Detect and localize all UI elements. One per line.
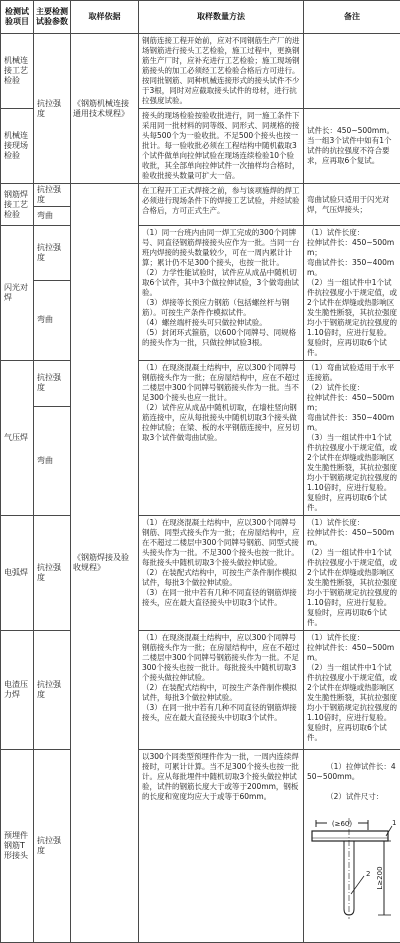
param-cell: 抗拉强度: [34, 184, 71, 207]
param-cell: 弯曲: [34, 406, 71, 515]
plate-label: 1: [392, 819, 396, 827]
method-cell: （1）在现浇混凝土结构中，应以300个同牌号钢筋接头作为一批；在房屋结构中，应在…: [139, 631, 304, 750]
note-cell: （1）试件长度： 拉伸试件长：450~500mm。 （2）当一组试件中1个试件抗…: [304, 516, 400, 631]
note-line: （1）拉伸试件长：450~500mm。: [307, 762, 396, 781]
param-cell: 抗拉强度: [34, 361, 71, 407]
note-cell: 试件长：450~500mm。当一组3个试件中如有1个试件的抗拉强度不符合要求，应…: [304, 109, 400, 184]
note-line: （2）试件尺寸：: [326, 792, 383, 801]
rebar-label: 2: [366, 870, 370, 878]
item-cell-gas-pressure-weld: 气压焊: [1, 361, 34, 516]
method-cell: 钢筋连接工程开始前，应对不同钢筋生产厂的进场钢筋进行接头工艺检验，施工过程中，更…: [139, 34, 304, 109]
param-cell: 抗拉强度: [34, 226, 71, 281]
note-cell: （1）试件长度： 拉伸试件长：450~500mm。 （2）当一组试件中1个试件抗…: [304, 631, 400, 750]
item-cell-mechanical-process: 机械连接工艺检验: [1, 34, 34, 109]
note-cell: 弯曲试验只适用于闪光对焊，气压焊接头；: [304, 184, 400, 226]
note-cell: [304, 34, 400, 109]
steel-plate-shape: [312, 831, 388, 841]
method-cell: 在工程开工正式焊接之前，参与该项施焊的焊工必须进行现场条件下的焊接工艺试验，并经…: [139, 184, 304, 226]
table-row: 气压焊 抗拉强度 （1）在现浇混凝土结构中，应以300个同牌号钢筋接头作为一批；…: [1, 361, 400, 407]
dimension-length-label: L≥200: [376, 866, 384, 889]
item-cell-flash-weld: 闪光对焊: [1, 226, 34, 361]
param-cell: 弯曲: [34, 207, 71, 226]
note-cell: （1）弯曲试验适用于水平连接筋。 （2）试件长度： 拉伸试件长：450~500m…: [304, 361, 400, 516]
basis-cell-mechanical: 《钢筋机械连接通用技术规程》: [71, 34, 139, 184]
note-cell-with-diagram: （1）拉伸试件长：450~500mm。 （2）试件尺寸： (≥60) 1: [304, 750, 400, 943]
method-cell: （1）在现浇混凝土结构中，应以300个同牌号钢筋、同型式接头作为一批；在房屋结构…: [139, 516, 304, 631]
basis-cell-welding: 《钢筋焊接及验收规程》: [71, 184, 139, 943]
method-cell: 以300个同类型预埋件作为一批，一周内连续焊接时，可累计计算。当不足300个接头…: [139, 750, 304, 943]
param-cell: 抗拉强度: [34, 34, 71, 184]
param-cell: 弯曲: [34, 280, 71, 360]
table-row: 电弧焊 抗拉强度 （1）在现浇混凝土结构中，应以300个同牌号钢筋、同型式接头作…: [1, 516, 400, 631]
table-row: 机械连接工艺检验 抗拉强度 《钢筋机械连接通用技术规程》 钢筋连接工程开始前，应…: [1, 34, 400, 109]
param-cell: 抗拉强度: [34, 516, 71, 631]
method-cell: 接头的现场检验按验收批进行，同一施工条件下采用同一批材料的同等级、同形式、同规格…: [139, 109, 304, 184]
t-joint-specimen-diagram: (≥60) 1 2 L≥200: [308, 816, 396, 920]
item-cell-weld-process: 钢筋焊接工艺检验: [1, 184, 34, 226]
dimension-width-label: (≥60): [332, 820, 353, 828]
item-cell-embedded-t-joint: 预埋件钢筋T形接头: [1, 750, 34, 943]
header-param: 主要检测试验参数: [34, 1, 71, 34]
inspection-sampling-table: 检测试验项目 主要检测试验参数 取样依据 取样数量方法 备注 机械连接工艺检验 …: [0, 0, 400, 943]
method-cell: （1）同一台班内由同一焊工完成的300个同牌号、同直径钢筋焊接接头应作为一批。当…: [139, 226, 304, 361]
item-cell-electroslag-weld: 电渣压力焊: [1, 631, 34, 750]
header-row: 检测试验项目 主要检测试验参数 取样依据 取样数量方法 备注: [1, 1, 400, 34]
header-method: 取样数量方法: [139, 1, 304, 34]
method-cell: （1）在现浇混凝土结构中，应以300个同牌号钢筋接头作为一批；在房屋结构中，应在…: [139, 361, 304, 516]
header-item: 检测试验项目: [1, 1, 34, 34]
param-cell: 抗拉强度: [34, 631, 71, 750]
item-cell-mechanical-site: 机械连接现场检验: [1, 109, 34, 184]
table-row: 闪光对焊 抗拉强度 （1）同一台班内由同一焊工完成的300个同牌号、同直径钢筋焊…: [1, 226, 400, 281]
header-basis: 取样依据: [71, 1, 139, 34]
table-row: 电渣压力焊 抗拉强度 （1）在现浇混凝土结构中，应以300个同牌号钢筋接头作为一…: [1, 631, 400, 750]
item-cell-arc-weld: 电弧焊: [1, 516, 34, 631]
header-note: 备注: [304, 1, 400, 34]
table-row: 钢筋焊接工艺检验 抗拉强度 《钢筋焊接及验收规程》 在工程开工正式焊接之前，参与…: [1, 184, 400, 207]
table-row: 预埋件钢筋T形接头 抗拉强度 以300个同类型预埋件作为一批，一周内连续焊接时，…: [1, 750, 400, 943]
note-cell: （1）试件长度： 拉伸试件长：450~500mm； 弯曲试件长：350~400m…: [304, 226, 400, 361]
param-cell: 抗拉强度: [34, 750, 71, 943]
